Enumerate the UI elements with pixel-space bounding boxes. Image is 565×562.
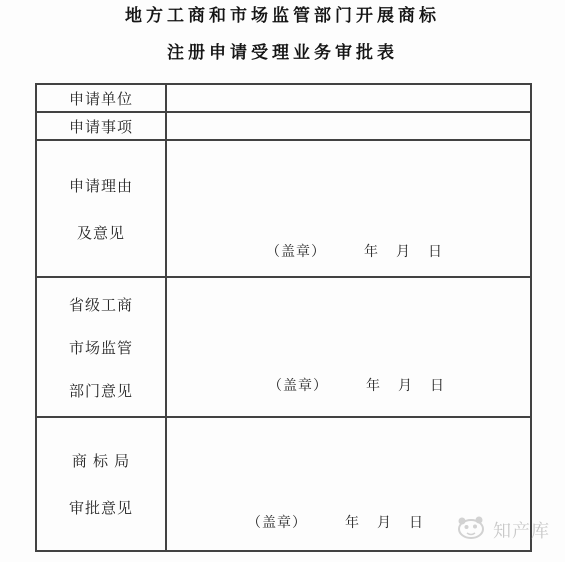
application-reason-label-cell: 申请理由 及意见	[37, 141, 167, 276]
day-label: 日	[430, 377, 445, 393]
month-label: 月	[377, 514, 392, 530]
year-label: 年	[366, 377, 381, 393]
trademark-office-label-cell: 商 标 局 审批意见	[37, 418, 167, 550]
page-title-line1: 地方工商和市场监管部门开展商标	[0, 6, 565, 26]
stamp-date-line: （盖章）年月日	[266, 241, 443, 261]
month-label: 月	[398, 377, 413, 393]
provincial-opinion-label-line3: 部门意见	[69, 380, 133, 401]
seal-label: （盖章）	[247, 514, 307, 530]
table-row-provincial-opinion: 省级工商 市场监管 部门意见 （盖章）年月日	[37, 276, 530, 416]
approval-form-page: 地方工商和市场监管部门开展商标 注册申请受理业务审批表 申请单位 申请事项 申请…	[0, 0, 565, 562]
day-label: 日	[409, 514, 424, 530]
table-row-application-matter: 申请事项	[37, 111, 530, 139]
table-row-applicant-unit: 申请单位	[37, 85, 530, 111]
page-title: 地方工商和市场监管部门开展商标 注册申请受理业务审批表	[0, 6, 565, 63]
year-label: 年	[364, 243, 379, 259]
provincial-opinion-label-cell: 省级工商 市场监管 部门意见	[37, 278, 167, 416]
provincial-opinion-field: （盖章）年月日	[167, 278, 530, 416]
watermark-text: 知产库	[493, 517, 550, 543]
application-reason-field: （盖章）年月日	[167, 141, 530, 276]
application-matter-label-cell: 申请事项	[37, 113, 167, 139]
year-label: 年	[345, 514, 360, 530]
application-matter-label: 申请事项	[69, 116, 133, 137]
applicant-unit-label: 申请单位	[69, 88, 133, 109]
application-reason-label-line1: 申请理由	[69, 175, 133, 196]
applicant-unit-field	[167, 85, 530, 111]
application-reason-label-line2: 及意见	[77, 222, 125, 243]
panda-logo-icon	[452, 513, 488, 546]
applicant-unit-label-cell: 申请单位	[37, 85, 167, 111]
provincial-opinion-label-line1: 省级工商	[69, 294, 133, 315]
provincial-opinion-label-line2: 市场监管	[69, 337, 133, 358]
seal-label: （盖章）	[266, 243, 326, 259]
stamp-date-line: （盖章）年月日	[268, 375, 445, 395]
day-label: 日	[428, 243, 443, 259]
month-label: 月	[396, 243, 411, 259]
trademark-office-label-line2: 审批意见	[69, 497, 133, 518]
stamp-date-line: （盖章）年月日	[247, 512, 424, 532]
page-title-line2: 注册申请受理业务审批表	[0, 43, 565, 63]
table-row-application-reason: 申请理由 及意见 （盖章）年月日	[37, 139, 530, 276]
trademark-office-label-line1: 商 标 局	[72, 450, 130, 471]
application-matter-field	[167, 113, 530, 139]
approval-table: 申请单位 申请事项 申请理由 及意见 （盖章）年月日	[35, 83, 532, 552]
watermark: 知产库	[452, 513, 550, 546]
seal-label: （盖章）	[268, 377, 328, 393]
